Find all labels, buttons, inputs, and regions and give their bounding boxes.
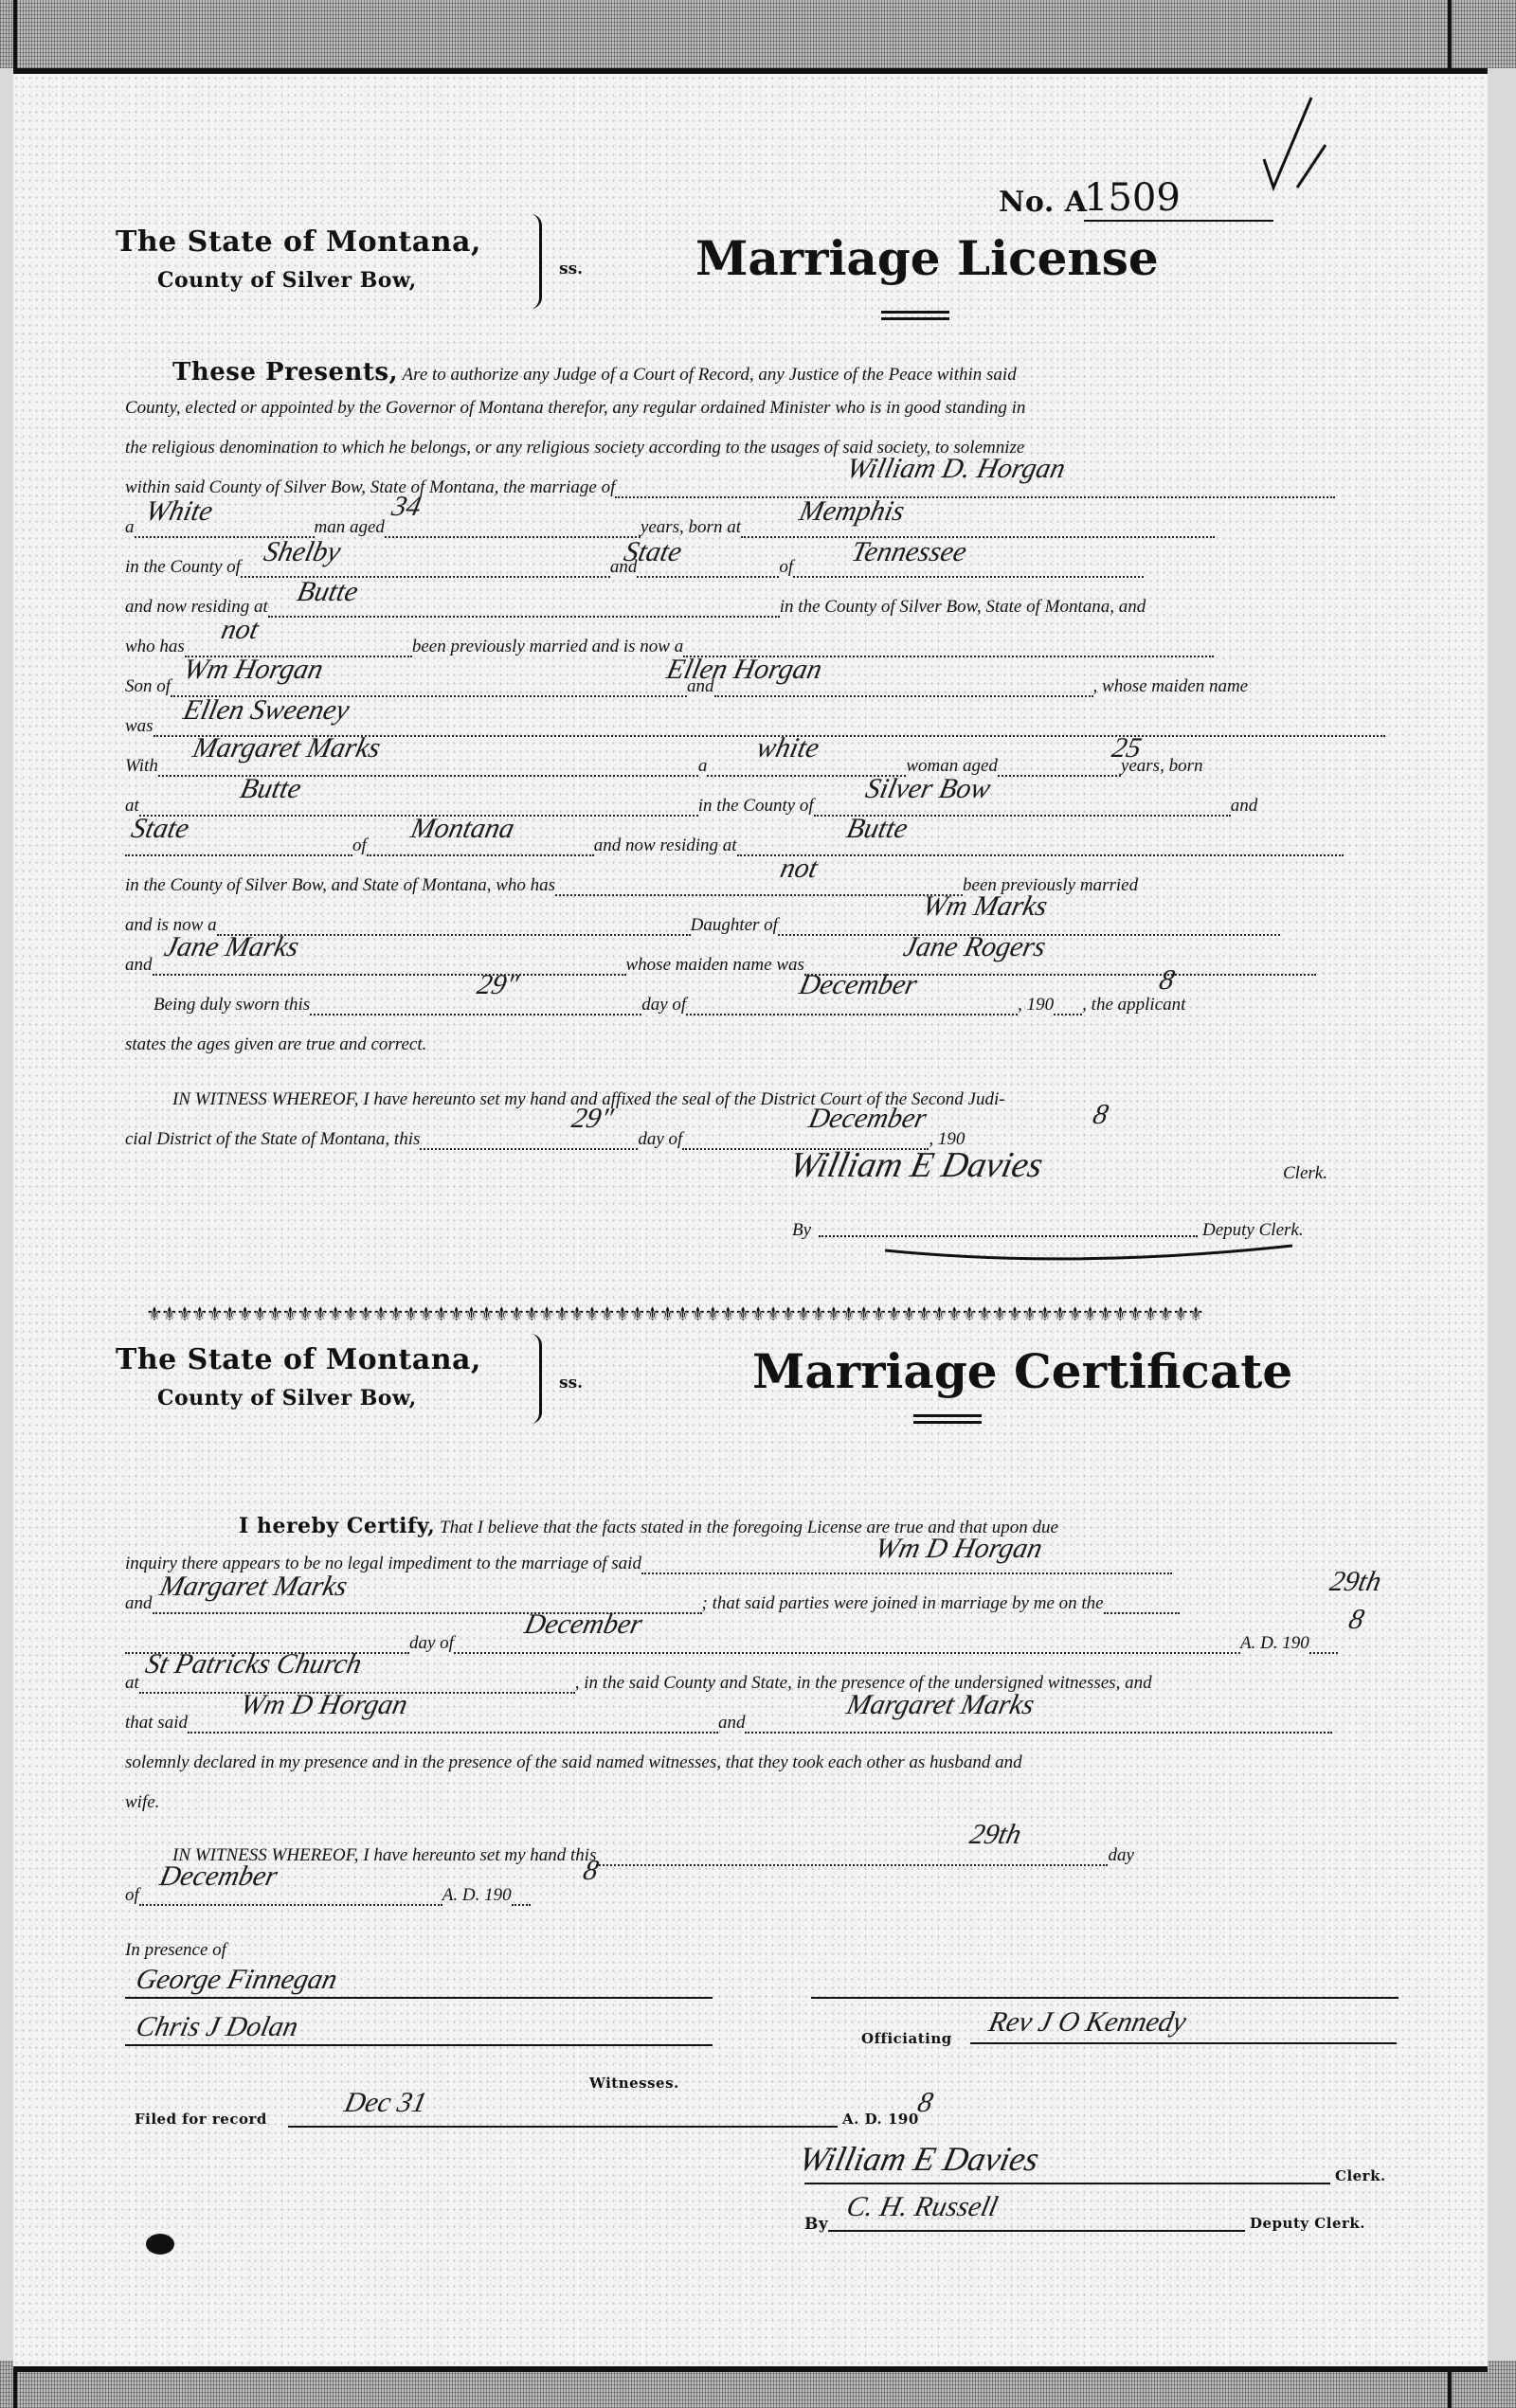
groom-state: Tennessee [848,536,969,568]
certificate-deputy-signature: C. H. Russell [843,2191,1001,2223]
certificate-line-3: ; that said parties were joined in marri… [702,1593,1104,1613]
filed-line [288,2126,838,2128]
label-being-sworn: Being duly sworn this [153,995,310,1015]
mother-of-bride-maiden: Jane Rogers [900,931,1048,963]
license-line-3: the religious denomination to which he b… [125,438,1402,466]
label-cert-ad: A. D. 190 [1240,1633,1309,1653]
witness-day: 29" [568,1103,616,1135]
label-with: With [125,756,158,776]
certificate-groom-2: Wm D Horgan [237,1689,410,1721]
label-daughter-of: Daughter of [691,915,778,935]
certificate-place: St Patricks Church [142,1648,364,1680]
label-whose-maiden-was: whose maiden name was [626,955,804,975]
label-and-3: and [1231,796,1258,816]
intro-text: Are to authorize any Judge of a Court of… [403,365,1017,385]
label-whose-maiden: , whose maiden name [1093,676,1249,696]
title-underline [881,311,949,320]
certificate-groom: Wm D Horgan [872,1533,1045,1565]
brace-2 [530,1334,542,1424]
license-county: County of Silver Bow, [157,268,417,293]
label-a: a [125,517,135,537]
license-state: The State of Montana, [116,225,481,259]
label-was: was [125,716,153,736]
witness-month: December [805,1103,929,1135]
certificate-county: County of Silver Bow, [157,1386,417,1411]
groom-state-word: State [621,536,684,568]
label-been-prev: been previously married and is now a [412,637,683,656]
label-the-applicant: , the applicant [1082,995,1185,1015]
label-cert-and: and [125,1593,153,1613]
filed-date: Dec 31 [341,2087,429,2119]
certificate-title: Marriage Certificate [752,1343,1292,1399]
label-cert-witness-ad: A. D. 190 [442,1885,512,1905]
brace [530,214,542,309]
license-title: Marriage License [695,230,1159,286]
certificate-clerk-label: Clerk. [1335,2167,1386,2184]
title-underline-2 [913,1414,982,1424]
license-deputy-label: Deputy Clerk. [1202,1220,1304,1241]
label-man-aged: man aged [315,517,385,537]
label-year-prefix: , 190 [1018,995,1054,1015]
father-of-bride: Wm Marks [919,890,1050,923]
filed-label: Filed for record [135,2111,267,2128]
certificate-deputy-label: Deputy Clerk. [1250,2215,1365,2232]
groom-residence: Butte [294,576,361,608]
license-witness-text-2: cial District of the State of Montana, t… [125,1129,420,1149]
check-mark-icon [1254,93,1330,197]
certificate-day: 29th [1326,1566,1384,1598]
label-of: of [779,557,793,577]
states-true: states the ages given are true and corre… [125,1034,1402,1063]
certificate-witness-month: December [156,1860,280,1893]
witness-line-2 [125,2044,713,2046]
witness-line-1 [125,1997,713,1999]
intro-heading: These Presents, [172,358,398,386]
certificate-month: December [521,1608,645,1641]
bride-race: white [753,732,821,764]
officiating-label: Officiating [861,2030,952,2047]
clerk-line [804,2183,1330,2184]
groom-name: William D. Horgan [843,453,1068,485]
certify-heading: I hereby Certify, [239,1514,435,1538]
ss-label-2: ss. [559,1374,583,1393]
label-county-state: in the County of Silver Bow, State of Mo… [780,597,1146,617]
label-day: day [1108,1845,1133,1865]
groom-race: White [142,495,215,528]
officiating-line [970,2042,1397,2044]
label-county-who-has: in the County of Silver Bow, and State o… [125,875,555,895]
officiant: Rev J O Kennedy [985,2006,1189,2039]
label-cert-at: at [125,1673,139,1693]
license-clerk-label: Clerk. [1283,1163,1327,1184]
father-of-groom: Wm Horgan [180,654,326,686]
label-cert-day-of: day of [409,1633,454,1653]
certificate-bride: Margaret Marks [156,1571,350,1603]
mother-of-groom: Ellen Horgan [663,654,824,686]
bride-residence: Butte [843,813,911,845]
sworn-month: December [796,969,920,1001]
label-son-of: Son of [125,676,171,696]
license-line-2: County, elected or appointed by the Gove… [125,398,1402,426]
bride-county: Silver Bow [862,773,993,805]
deputy-line [819,1235,1198,1237]
groom-birthplace: Memphis [796,495,907,528]
wife-text: wife. [125,1792,1402,1821]
label-years-born: years, born at [641,517,741,537]
certificate-bride-2: Margaret Marks [843,1689,1037,1721]
license-clerk-signature: William E Davies [785,1144,1046,1186]
label-day-of: day of [641,995,686,1015]
bride-birthplace: Butte [237,773,304,805]
solemnly-text: solemnly declared in my presence and in … [125,1752,1402,1781]
label-day-of-2: day of [638,1129,682,1149]
license-number-label: No. A [999,186,1088,219]
deputy-line-2 [828,2230,1245,2232]
punch-hole-icon [146,2234,174,2255]
certificate-state: The State of Montana, [116,1343,481,1376]
certificate-witness-day: 29th [966,1819,1024,1851]
flourish-icon [885,1241,1302,1269]
label-county-of: in the County of [125,557,241,577]
scan-top-border [0,0,1516,68]
witnesses-label: Witnesses. [589,2075,679,2092]
ss-label: ss. [559,260,583,279]
filed-year: 8 [914,2087,935,2119]
label-cert-of: of [125,1885,139,1905]
groom-county: Shelby [261,536,343,568]
bride-state-word: State [128,813,191,845]
license-number: 1509 [1084,176,1273,222]
groom-previously-married: not [218,614,262,646]
bride-name: Margaret Marks [189,732,383,764]
label-and-4: and [125,955,153,975]
mother-of-bride: Jane Marks [161,931,301,963]
label-county-of-2: in the County of [698,796,814,816]
label-who-has: who has [125,637,185,656]
bride-state: Montana [407,813,517,845]
fleur-de-lis-divider: ⚜⚜⚜⚜⚜⚜⚜⚜⚜⚜⚜⚜⚜⚜⚜⚜⚜⚜⚜⚜⚜⚜⚜⚜⚜⚜⚜⚜⚜⚜⚜⚜⚜⚜⚜⚜⚜⚜⚜⚜… [146,1303,1387,1327]
in-presence-of: In presence of [125,1940,226,1961]
certificate-by-label: By [804,2215,828,2234]
license-line-4: within said County of Silver Bow, State … [125,477,615,497]
label-cert-and-2: and [718,1713,746,1733]
label-residing-at-2: and now residing at [594,836,737,855]
label-that-said: that said [125,1713,188,1733]
witness-1: George Finnegan [133,1964,340,1996]
document-page: No. A 1509 The State of Montana, County … [13,68,1488,2372]
filed-ad: A. D. 190 [842,2111,919,2128]
witness-2: Chris J Dolan [133,2011,300,2043]
label-of-2: of [352,836,367,855]
license-by-label: By [792,1220,811,1241]
mother-of-groom-maiden: Ellen Sweeney [180,694,352,727]
label-a-2: a [698,756,708,776]
officiating-line-top [811,1997,1399,1999]
sworn-day: 29" [474,969,521,1001]
bride-previously-married: not [777,853,821,885]
certificate-clerk-signature: William E Davies [796,2139,1043,2179]
